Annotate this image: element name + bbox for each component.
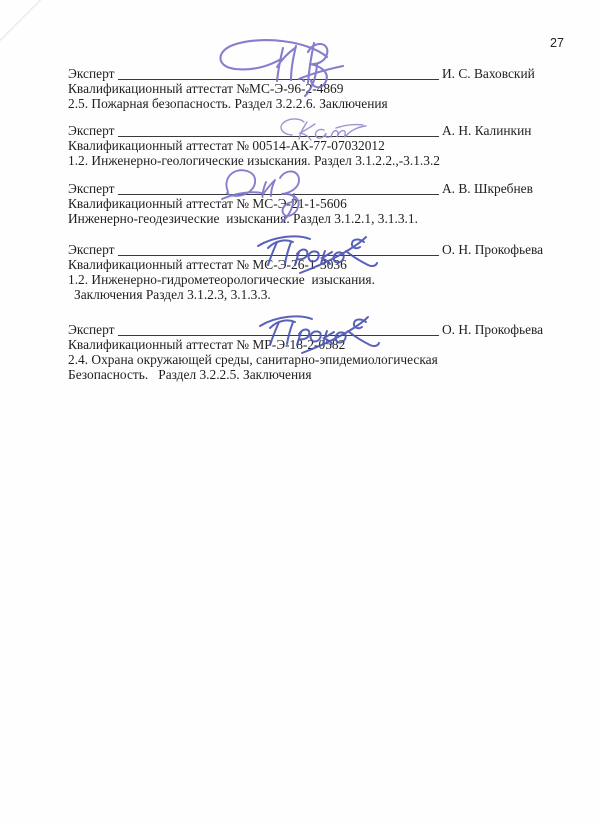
expert-signature-row: Эксперт О. Н. Прокофьева (68, 322, 542, 337)
signature-line (118, 136, 439, 137)
expert-label: Эксперт (68, 66, 114, 81)
attestation-line: Квалификационный аттестат №МС-Э-96-2-486… (68, 81, 542, 96)
expert-signature-row: Эксперт И. С. Ваховский (68, 66, 542, 81)
expert-label: Эксперт (68, 322, 114, 337)
signature-line (118, 194, 439, 195)
expert-signature-row: Эксперт А. В. Шкребнев (68, 181, 542, 196)
expert-signature-row: Эксперт А. Н. Калинкин (68, 123, 542, 138)
expert-name: И. С. Ваховский (442, 66, 535, 81)
page-number: 27 (550, 36, 564, 50)
expert-signature-row: Эксперт О. Н. Прокофьева (68, 242, 542, 257)
document-page: 27 Эксперт И. С. Ваховский Квалификацион… (0, 0, 600, 822)
expert-name: О. Н. Прокофьева (442, 242, 543, 257)
section-line: 1.2. Инженерно-гидрометеорологические из… (68, 272, 542, 287)
section-line: Инженерно-геодезические изыскания. Разде… (68, 211, 542, 226)
attestation-line: Квалификационный аттестат № МС-Э-21-1-56… (68, 196, 542, 211)
scan-corner-fold-artifact (0, 0, 45, 47)
expert-name: О. Н. Прокофьева (442, 322, 543, 337)
signature-line (118, 255, 439, 256)
expert-block-1: Эксперт И. С. Ваховский Квалификационный… (68, 66, 542, 111)
section-line: Безопасность. Раздел 3.2.2.5. Заключения (68, 367, 542, 382)
expert-block-4: Эксперт О. Н. Прокофьева Квалификационны… (68, 242, 542, 302)
expert-block-2: Эксперт А. Н. Калинкин Квалификационный … (68, 123, 542, 168)
section-line: 2.4. Охрана окружающей среды, санитарно-… (68, 352, 542, 367)
expert-label: Эксперт (68, 123, 114, 138)
attestation-line: Квалификационный аттестат № 00514-АК-77-… (68, 138, 542, 153)
section-line: 2.5. Пожарная безопасность. Раздел 3.2.2… (68, 96, 542, 111)
signature-line (118, 79, 439, 80)
expert-name: А. Н. Калинкин (442, 123, 531, 138)
signature-line (118, 335, 439, 336)
expert-label: Эксперт (68, 242, 114, 257)
attestation-line: Квалификационный аттестат № МР-Э-18-2-05… (68, 337, 542, 352)
attestation-line: Квалификационный аттестат № МС-Э-26-1-30… (68, 257, 542, 272)
expert-label: Эксперт (68, 181, 114, 196)
section-line: Заключения Раздел 3.1.2.3, 3.1.3.3. (68, 287, 542, 302)
section-line: 1.2. Инженерно-геологические изыскания. … (68, 153, 542, 168)
expert-block-5: Эксперт О. Н. Прокофьева Квалификационны… (68, 322, 542, 382)
expert-block-3: Эксперт А. В. Шкребнев Квалификационный … (68, 181, 542, 226)
expert-name: А. В. Шкребнев (442, 181, 533, 196)
